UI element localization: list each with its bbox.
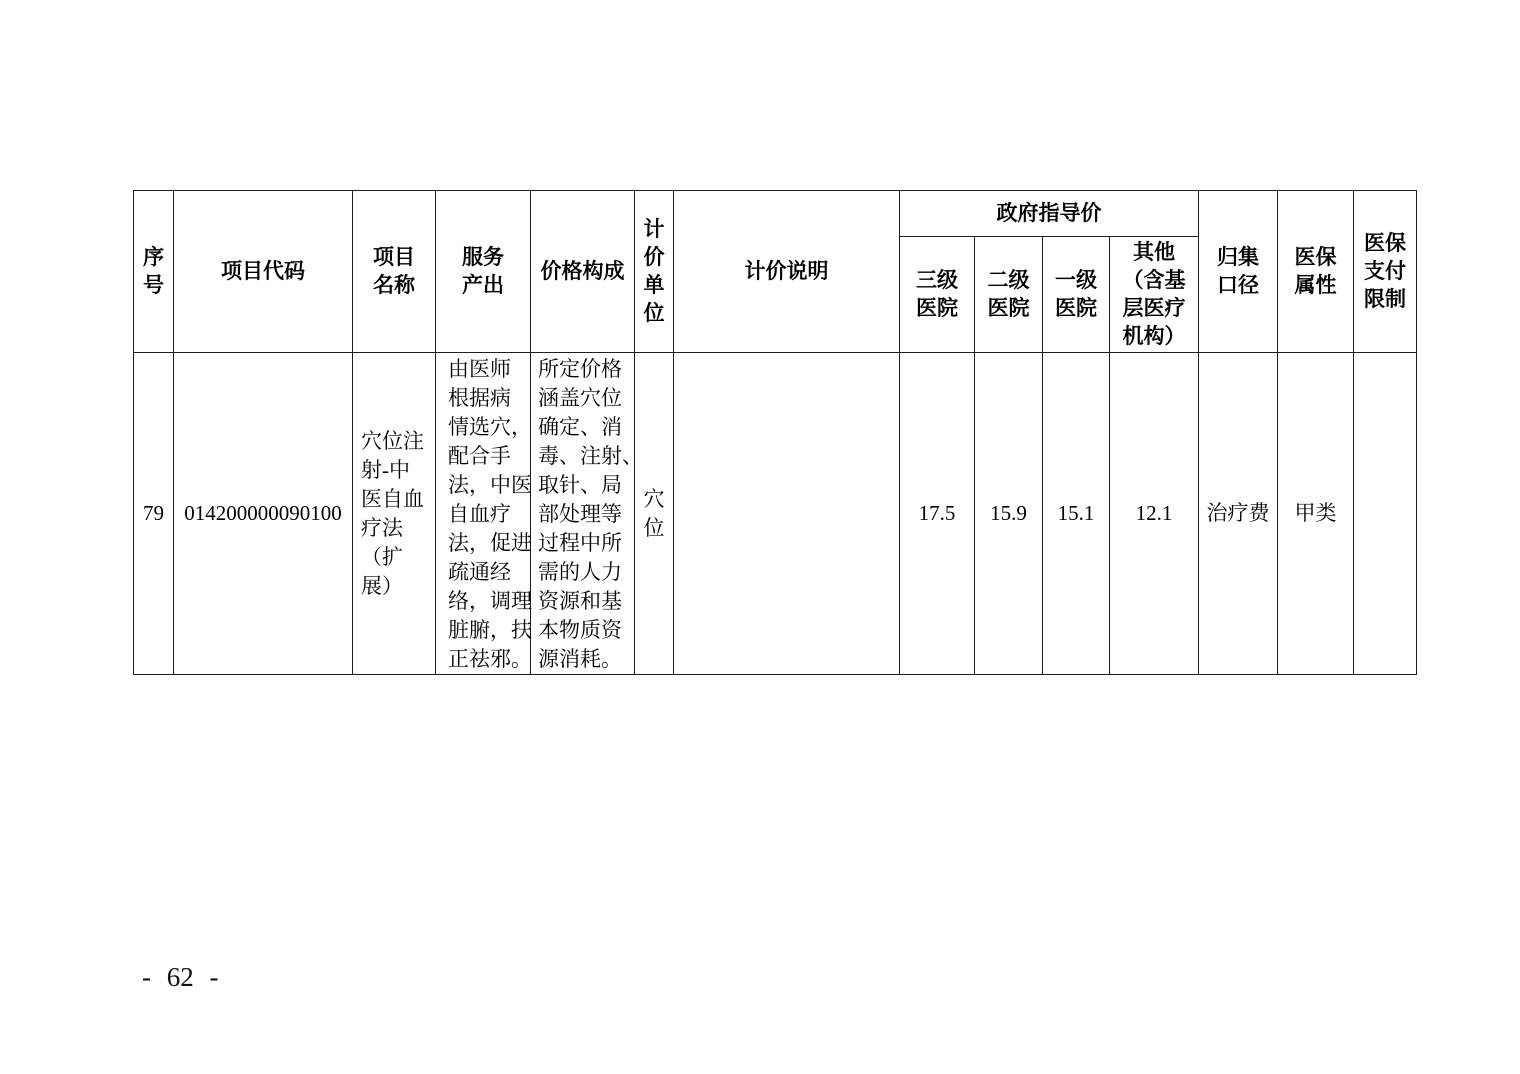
- cell-unit: 穴 位: [635, 353, 674, 675]
- table-row: 79 014200000090100 穴位注 射-中 医自血 疗法 （扩 展） …: [134, 353, 1417, 675]
- cell-output: 由医师 根据病 情选穴， 配合手 法，中医 自血疗 法，促进 疏通经 络，调理 …: [436, 353, 531, 675]
- header-unit: 计 价 单 位: [635, 191, 674, 353]
- cell-insurance-pay-limit: [1354, 353, 1417, 675]
- header-name: 项目 名称: [353, 191, 436, 353]
- header-code: 项目代码: [174, 191, 353, 353]
- page-number: - 62 -: [142, 962, 218, 993]
- header-price-composition: 价格构成: [531, 191, 635, 353]
- header-other-institutions: 其他 （含基 层医疗 机构）: [1110, 237, 1199, 353]
- header-seq: 序 号: [134, 191, 174, 353]
- header-output: 服务 产出: [436, 191, 531, 353]
- header-tier3-hospital: 三级 医院: [900, 237, 975, 353]
- cell-tier3-price: 17.5: [900, 353, 975, 675]
- cell-price-composition: 所定价格 涵盖穴位 确定、消 毒、注射、 取针、局 部处理等 过程中所 需的人力…: [531, 353, 635, 675]
- cell-other-price: 12.1: [1110, 353, 1199, 675]
- cell-tier2-price: 15.9: [975, 353, 1043, 675]
- header-tier2-hospital: 二级 医院: [975, 237, 1043, 353]
- cell-code: 014200000090100: [174, 353, 353, 675]
- cell-name: 穴位注 射-中 医自血 疗法 （扩 展）: [353, 353, 436, 675]
- cell-seq: 79: [134, 353, 174, 675]
- header-collection-caliber: 归集 口径: [1199, 191, 1278, 353]
- cell-collection-caliber: 治疗费: [1199, 353, 1278, 675]
- header-row-1: 序 号 项目代码 项目 名称 服务 产出 价格构成 计 价 单 位 计价说明 政…: [134, 191, 1417, 237]
- header-tier1-hospital: 一级 医院: [1043, 237, 1110, 353]
- cell-tier1-price: 15.1: [1043, 353, 1110, 675]
- header-gov-guide-price: 政府指导价: [900, 191, 1199, 237]
- cell-pricing-note: [674, 353, 900, 675]
- header-pricing-note: 计价说明: [674, 191, 900, 353]
- document-page: 序 号 项目代码 项目 名称 服务 产出 价格构成 计 价 单 位 计价说明 政…: [0, 0, 1520, 1074]
- cell-insurance-attribute: 甲类: [1278, 353, 1354, 675]
- medical-service-price-table: 序 号 项目代码 项目 名称 服务 产出 价格构成 计 价 单 位 计价说明 政…: [133, 190, 1417, 675]
- header-insurance-attribute: 医保 属性: [1278, 191, 1354, 353]
- header-insurance-pay-limit: 医保 支付 限制: [1354, 191, 1417, 353]
